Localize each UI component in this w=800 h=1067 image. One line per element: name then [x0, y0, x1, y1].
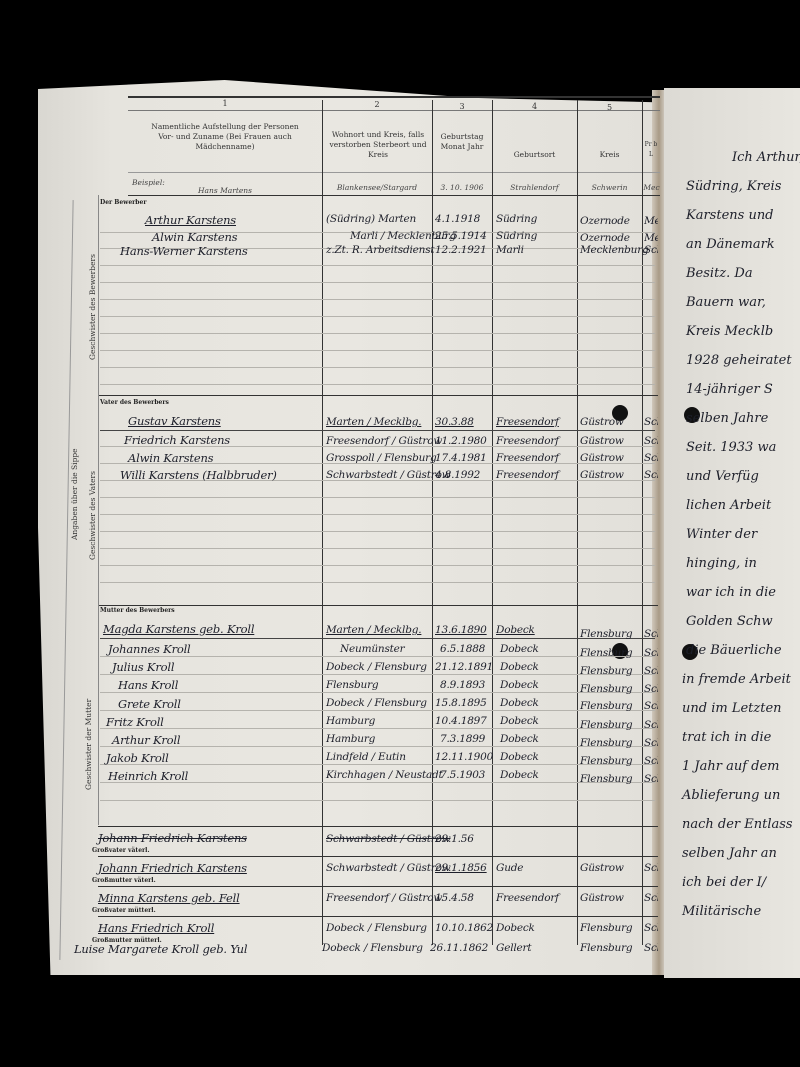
- side-label-siblings-mother: Geschwister der Mutter: [84, 699, 93, 790]
- example-name: Hans Martens: [128, 186, 322, 195]
- section-applicant: Der Bewerber: [100, 199, 146, 206]
- section-mother: Mutter des Bewerbers: [100, 607, 175, 614]
- example-extra: Mec: [643, 183, 660, 192]
- section-father: Vater des Bewerbers: [100, 399, 169, 406]
- example-residence: Blankensee/Stargard: [322, 183, 432, 192]
- column-number: 2: [322, 100, 432, 109]
- column-header-residence: Wohnort und Kreis, falls verstorben Ster…: [328, 130, 428, 160]
- column-number: 5: [577, 103, 642, 112]
- column-number: 3: [432, 102, 492, 111]
- handwritten-letter: Ich Arthur, Südring, Kreis Karstens und …: [664, 88, 800, 978]
- column-number: 1: [128, 99, 322, 108]
- column-header-name: Namentliche Aufstellung der Personen Vor…: [145, 122, 305, 152]
- column-header-birthdate: Geburtstag Monat Jahr: [434, 132, 490, 152]
- column-header-birthplace: Geburtsort: [494, 150, 575, 160]
- column-header-extra: Pr b L: [644, 140, 658, 160]
- example-birthdate: 3. 10. 1906: [432, 183, 492, 192]
- side-label-siblings-applicant: Geschwister des Bewerbers: [88, 254, 97, 360]
- column-header-district: Kreis: [579, 150, 640, 160]
- section-gf-maternal: Großvater mütterl.: [92, 907, 156, 914]
- side-label-siblings-father: Geschwister des Vaters: [88, 471, 97, 560]
- example-district: Schwerin: [577, 183, 642, 192]
- section-gm-paternal: Großmutter väterl.: [92, 877, 156, 884]
- column-number: 4: [492, 102, 577, 111]
- example-birthplace: Strahlendorf: [492, 183, 577, 192]
- section-gf-paternal: Großvater väterl.: [92, 847, 150, 854]
- side-label-sippe: Angaben über die Sippe: [70, 448, 79, 540]
